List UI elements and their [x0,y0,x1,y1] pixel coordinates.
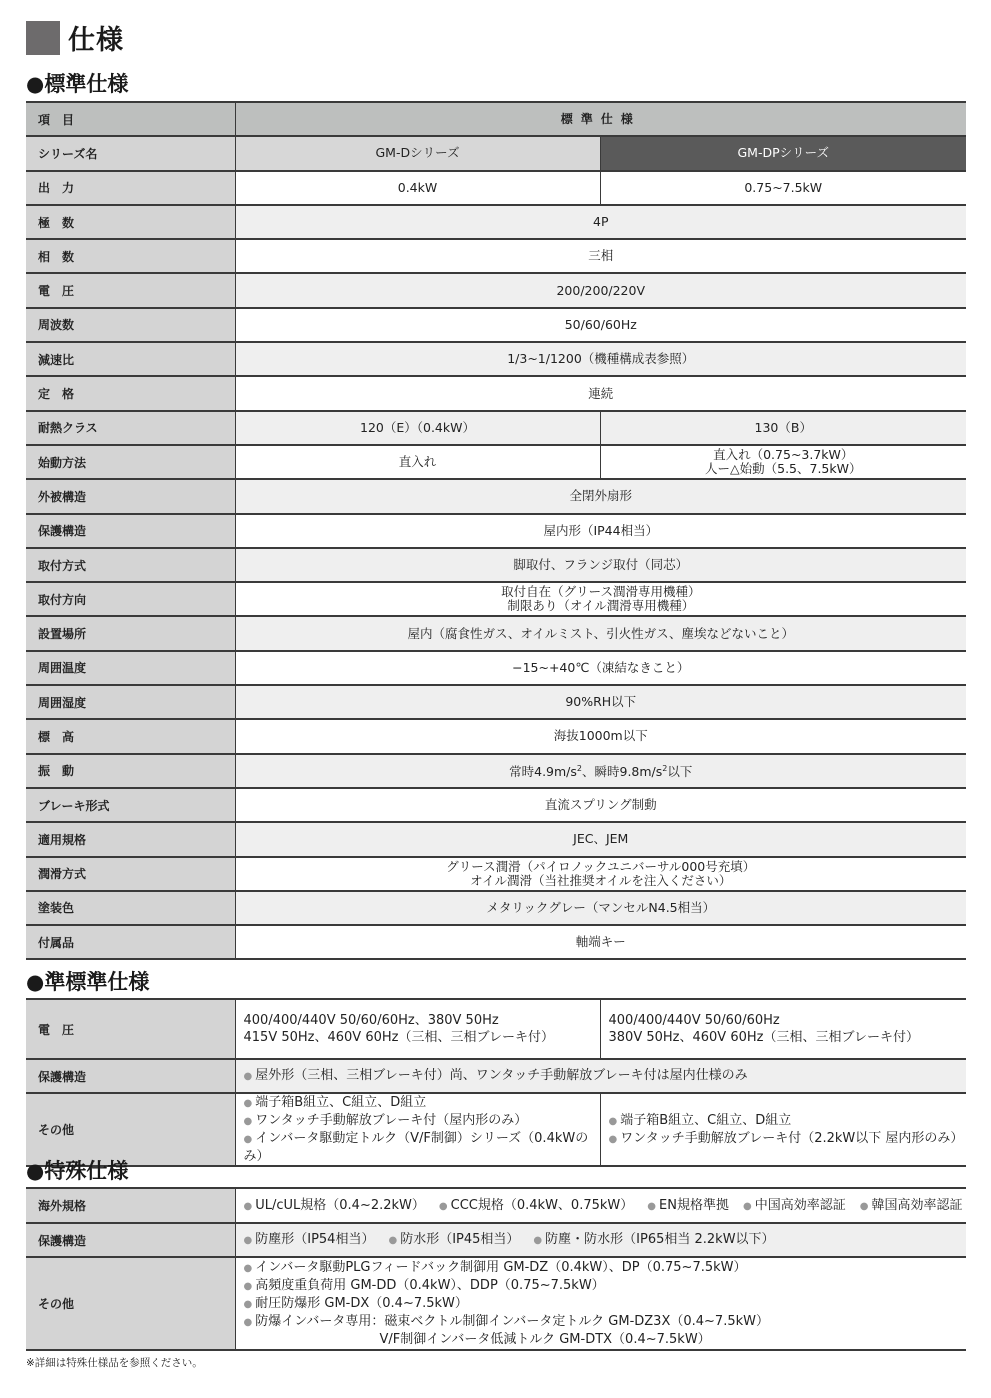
bullet-icon: ● [244,1201,253,1212]
row-label: 取付方式 [26,548,235,582]
row-value: 三相 [235,239,966,273]
table-row: 極 数 4P [26,205,966,239]
row-label: 適用規格 [26,822,235,856]
row-value: ●屋外形（三相、三相ブレーキ付）尚、ワンタッチ手動解放ブレーキ付は屋内仕様のみ [235,1059,966,1093]
item-text: 耐圧防爆形 GM-DX（0.4~7.5kW） [255,1296,468,1311]
bullet-icon: ● [244,1263,253,1274]
table-row: 保護構造 屋内形（IP44相当） [26,514,966,548]
value-line: オイル潤滑（当社推奨オイルを注入ください） [236,874,967,888]
page-title-bar: 仕様 [26,18,124,57]
list-item: ●耐圧防爆形 GM-DX（0.4~7.5kW） [244,1295,967,1313]
list-item: ●防爆インバータ専用：磁束ベクトル制御インバータ定トルク GM-DZ3X（0.4… [244,1313,967,1331]
list-item: ●中国高効率認証 [743,1198,846,1213]
standard-spec-table: 項 目 標準仕様 シリーズ名 GM-Dシリーズ GM-DPシリーズ 出 力 0.… [26,101,966,960]
item-text: EN規格準拠 [659,1198,729,1213]
section-heading-standard: ●標準仕様 [26,68,128,98]
item-text: 防塵・防水形（IP65相当 2.2kW以下） [545,1232,774,1247]
item-text: 端子箱B組立、C組立、D組立 [255,1095,426,1110]
table-row: 塗装色 メタリックグレー（マンセルN4.5相当） [26,891,966,925]
series-gm-d: GM-Dシリーズ [235,136,600,170]
value-line: 380V 50Hz、460V 60Hz（三相、三相ブレーキ付） [609,1029,967,1046]
bullet-icon: ● [244,1071,253,1082]
item-text: 端子箱B組立、C組立、D組立 [620,1113,791,1128]
list-item: ●端子箱B組立、C組立、D組立 [609,1112,967,1130]
value-line: 制限あり（オイル潤滑専用機種） [236,599,967,613]
item-text: CCC規格（0.4kW、0.75kW） [451,1198,634,1213]
bullet-icon: ● [860,1201,869,1212]
row-value: 50/60/60Hz [235,308,966,342]
bullet-icon: ● [244,1317,253,1328]
table-row: 電 圧 200/200/220V [26,273,966,307]
item-text: インバータ駆動PLGフィードバック制御用 GM-DZ（0.4kW）、DP（0.7… [255,1260,746,1275]
item-text: 中国高効率認証 [755,1198,846,1213]
table-row: 始動方法 直入れ 直入れ（0.75~3.7kW） 人ー△始動（5.5、7.5kW… [26,445,966,479]
bullet-icon: ● [244,1281,253,1292]
item-text: UL/cUL規格（0.4~2.2kW） [255,1198,425,1213]
semi-standard-spec-table: 電 圧 400/400/440V 50/60/60Hz、380V 50Hz 41… [26,998,966,1167]
value-text: 屋外形（三相、三相ブレーキ付）尚、ワンタッチ手動解放ブレーキ付は屋内仕様のみ [255,1068,747,1083]
value-line: 400/400/440V 50/60/60Hz、380V 50Hz [244,1012,600,1029]
table-row: 海外規格 ●UL/cUL規格（0.4~2.2kW）●CCC規格（0.4kW、0.… [26,1188,966,1223]
list-item: ●韓国高効率認証 [860,1198,963,1213]
row-label: 海外規格 [26,1188,235,1223]
table-row: 取付方向 取付自在（グリース潤滑専用機種） 制限あり（オイル潤滑専用機種） [26,582,966,616]
table-row: ブレーキ形式 直流スプリング制動 [26,788,966,822]
item-text: ワンタッチ手動解放ブレーキ付（屋内形のみ） [255,1113,527,1128]
row-value: 常時4.9m/s2、瞬時9.8m/s2以下 [235,754,966,788]
table-row: その他 ●端子箱B組立、C組立、D組立 ●ワンタッチ手動解放ブレーキ付（屋内形の… [26,1093,966,1166]
row-value: 90%RH以下 [235,685,966,719]
table-row: 保護構造 ●屋外形（三相、三相ブレーキ付）尚、ワンタッチ手動解放ブレーキ付は屋内… [26,1059,966,1093]
series-gm-dp: GM-DPシリーズ [600,136,966,170]
value-line: 取付自在（グリース潤滑専用機種） [236,585,967,599]
bullet-icon: ● [388,1235,397,1246]
row-label: 外被構造 [26,479,235,513]
row-value-right: 0.75~7.5kW [600,171,966,205]
item-text: インバータ駆動定トルク（V/F制御）シリーズ（0.4kWのみ） [244,1131,589,1164]
bullet-icon: ● [244,1098,253,1109]
bullet-icon: ● [244,1299,253,1310]
list-item-continuation: V/F制御インバータ低減トルク GM-DTX（0.4~7.5kW） [244,1331,967,1348]
row-label: 保護構造 [26,1223,235,1257]
table-row: 周囲温度 −15~+40℃（凍結なきこと） [26,651,966,685]
value-line: グリース潤滑（パイロノックユニバーサル000号充填） [236,860,967,874]
item-text: 防水形（IP45相当） [400,1232,519,1247]
table-row: 外被構造 全閉外扇形 [26,479,966,513]
section-heading-semi-standard: ●準標準仕様 [26,966,149,996]
row-label: 電 圧 [26,273,235,307]
row-label: 始動方法 [26,445,235,479]
table-row: 潤滑方式 グリース潤滑（パイロノックユニバーサル000号充填） オイル潤滑（当社… [26,857,966,891]
row-value: ●インバータ駆動PLGフィードバック制御用 GM-DZ（0.4kW）、DP（0.… [235,1257,966,1350]
row-label: 周囲湿度 [26,685,235,719]
row-value-right: 130（B） [600,411,966,445]
value-part: 常時4.9m/s [509,764,577,779]
table-row: 取付方式 脚取付、フランジ取付（同芯） [26,548,966,582]
list-item: ●UL/cUL規格（0.4~2.2kW） [244,1198,425,1213]
row-label: 振 動 [26,754,235,788]
value-part: 以下 [667,764,692,779]
table-row: 電 圧 400/400/440V 50/60/60Hz、380V 50Hz 41… [26,999,966,1059]
row-value: 直流スプリング制動 [235,788,966,822]
value-line: 直入れ（0.75~3.7kW） [601,448,967,462]
row-label: 設置場所 [26,616,235,650]
row-label: 周波数 [26,308,235,342]
list-item: ●インバータ駆動定トルク（V/F制御）シリーズ（0.4kWのみ） [244,1130,600,1165]
special-spec-table: 海外規格 ●UL/cUL規格（0.4~2.2kW）●CCC規格（0.4kW、0.… [26,1187,966,1351]
row-value: メタリックグレー（マンセルN4.5相当） [235,891,966,925]
row-value: 海抜1000m以下 [235,719,966,753]
header-value: 標準仕様 [235,102,966,136]
row-value: 1/3~1/1200（機種構成表参照） [235,342,966,376]
table-row: その他 ●インバータ駆動PLGフィードバック制御用 GM-DZ（0.4kW）、D… [26,1257,966,1350]
table-row: 設置場所 屋内（腐食性ガス、オイルミスト、引火性ガス、塵埃などないこと） [26,616,966,650]
value-line: 人ー△始動（5.5、7.5kW） [601,462,967,476]
value-line: 415V 50Hz、460V 60Hz（三相、三相ブレーキ付） [244,1029,600,1046]
row-label: 耐熱クラス [26,411,235,445]
row-label: シリーズ名 [26,136,235,170]
row-value-left: ●端子箱B組立、C組立、D組立 ●ワンタッチ手動解放ブレーキ付（屋内形のみ） ●… [235,1093,600,1166]
table-row: 出 力 0.4kW 0.75~7.5kW [26,171,966,205]
table-row: 適用規格 JEC、JEM [26,822,966,856]
value-line: 400/400/440V 50/60/60Hz [609,1012,967,1029]
row-value: 屋内形（IP44相当） [235,514,966,548]
row-label: 取付方向 [26,582,235,616]
page-title: 仕様 [68,18,124,57]
row-label: 潤滑方式 [26,857,235,891]
row-value: JEC、JEM [235,822,966,856]
list-item: ●端子箱B組立、C組立、D組立 [244,1094,600,1112]
row-label: 保護構造 [26,514,235,548]
row-label: 出 力 [26,171,235,205]
row-value: 脚取付、フランジ取付（同芯） [235,548,966,582]
section-heading-special: ●特殊仕様 [26,1155,128,1185]
list-item: ●ワンタッチ手動解放ブレーキ付（2.2kW以下 屋内形のみ） [609,1130,967,1148]
table-row: 耐熱クラス 120（E）（0.4kW） 130（B） [26,411,966,445]
bullet-icon: ● [609,1134,618,1145]
row-label: 標 高 [26,719,235,753]
series-row: シリーズ名 GM-Dシリーズ GM-DPシリーズ [26,136,966,170]
footnote: ※詳細は特殊仕様品を参照ください。 [26,1355,203,1370]
row-label: 相 数 [26,239,235,273]
title-square-icon [26,21,60,55]
row-label: 周囲温度 [26,651,235,685]
bullet-icon: ● [647,1201,656,1212]
bullet-icon: ● [244,1116,253,1127]
row-value: ●防塵形（IP54相当）●防水形（IP45相当）●防塵・防水形（IP65相当 2… [235,1223,966,1257]
row-label: 定 格 [26,376,235,410]
row-value-right: 400/400/440V 50/60/60Hz 380V 50Hz、460V 6… [600,999,966,1059]
list-item: ●防水形（IP45相当） [388,1232,519,1247]
row-value: ●UL/cUL規格（0.4~2.2kW）●CCC規格（0.4kW、0.75kW）… [235,1188,966,1223]
row-label: 電 圧 [26,999,235,1059]
row-value-left: 0.4kW [235,171,600,205]
item-text: 韓国高効率認証 [871,1198,962,1213]
row-label: ブレーキ形式 [26,788,235,822]
table-row: 周囲湿度 90%RH以下 [26,685,966,719]
row-label: 塗装色 [26,891,235,925]
table-row: 標 高 海抜1000m以下 [26,719,966,753]
row-label: 付属品 [26,925,235,959]
header-label: 項 目 [26,102,235,136]
table-header-row: 項 目 標準仕様 [26,102,966,136]
list-item: ●CCC規格（0.4kW、0.75kW） [439,1198,633,1213]
row-label: 保護構造 [26,1059,235,1093]
table-row: 相 数 三相 [26,239,966,273]
bullet-icon: ● [244,1134,253,1145]
bullet-icon: ● [609,1116,618,1127]
row-value: 連続 [235,376,966,410]
row-value: 軸端キー [235,925,966,959]
row-label: 極 数 [26,205,235,239]
row-value-left: 直入れ [235,445,600,479]
bullet-icon: ● [439,1201,448,1212]
row-value-right: ●端子箱B組立、C組立、D組立 ●ワンタッチ手動解放ブレーキ付（2.2kW以下 … [600,1093,966,1166]
item-text: 防爆インバータ専用：磁束ベクトル制御インバータ定トルク GM-DZ3X（0.4~… [255,1314,769,1329]
bullet-icon: ● [533,1235,542,1246]
row-label: 減速比 [26,342,235,376]
table-row: 保護構造 ●防塵形（IP54相当）●防水形（IP45相当）●防塵・防水形（IP6… [26,1223,966,1257]
table-row: 振 動 常時4.9m/s2、瞬時9.8m/s2以下 [26,754,966,788]
list-item: ●防塵形（IP54相当） [244,1232,375,1247]
table-row: 付属品 軸端キー [26,925,966,959]
table-row: 定 格 連続 [26,376,966,410]
row-value: グリース潤滑（パイロノックユニバーサル000号充填） オイル潤滑（当社推奨オイル… [235,857,966,891]
row-value: 200/200/220V [235,273,966,307]
bullet-icon: ● [743,1201,752,1212]
row-value: −15~+40℃（凍結なきこと） [235,651,966,685]
row-value: 取付自在（グリース潤滑専用機種） 制限あり（オイル潤滑専用機種） [235,582,966,616]
table-row: 周波数 50/60/60Hz [26,308,966,342]
row-value-left: 400/400/440V 50/60/60Hz、380V 50Hz 415V 5… [235,999,600,1059]
value-part: 、瞬時9.8m/s [582,764,662,779]
list-item: ●ワンタッチ手動解放ブレーキ付（屋内形のみ） [244,1112,600,1130]
row-value-left: 120（E）（0.4kW） [235,411,600,445]
item-text: 防塵形（IP54相当） [255,1232,374,1247]
bullet-icon: ● [244,1235,253,1246]
row-value: 4P [235,205,966,239]
item-text: ワンタッチ手動解放ブレーキ付（2.2kW以下 屋内形のみ） [620,1131,963,1146]
row-value: 全閉外扇形 [235,479,966,513]
list-item: ●EN規格準拠 [647,1198,729,1213]
list-item: ●インバータ駆動PLGフィードバック制御用 GM-DZ（0.4kW）、DP（0.… [244,1259,967,1277]
table-row: 減速比 1/3~1/1200（機種構成表参照） [26,342,966,376]
row-value-right: 直入れ（0.75~3.7kW） 人ー△始動（5.5、7.5kW） [600,445,966,479]
list-item: ●防塵・防水形（IP65相当 2.2kW以下） [533,1232,774,1247]
row-label: その他 [26,1257,235,1350]
row-value: 屋内（腐食性ガス、オイルミスト、引火性ガス、塵埃などないこと） [235,616,966,650]
list-item: ●高頻度重負荷用 GM-DD（0.4kW）、DDP（0.75~7.5kW） [244,1277,967,1295]
item-text: 高頻度重負荷用 GM-DD（0.4kW）、DDP（0.75~7.5kW） [255,1278,604,1293]
